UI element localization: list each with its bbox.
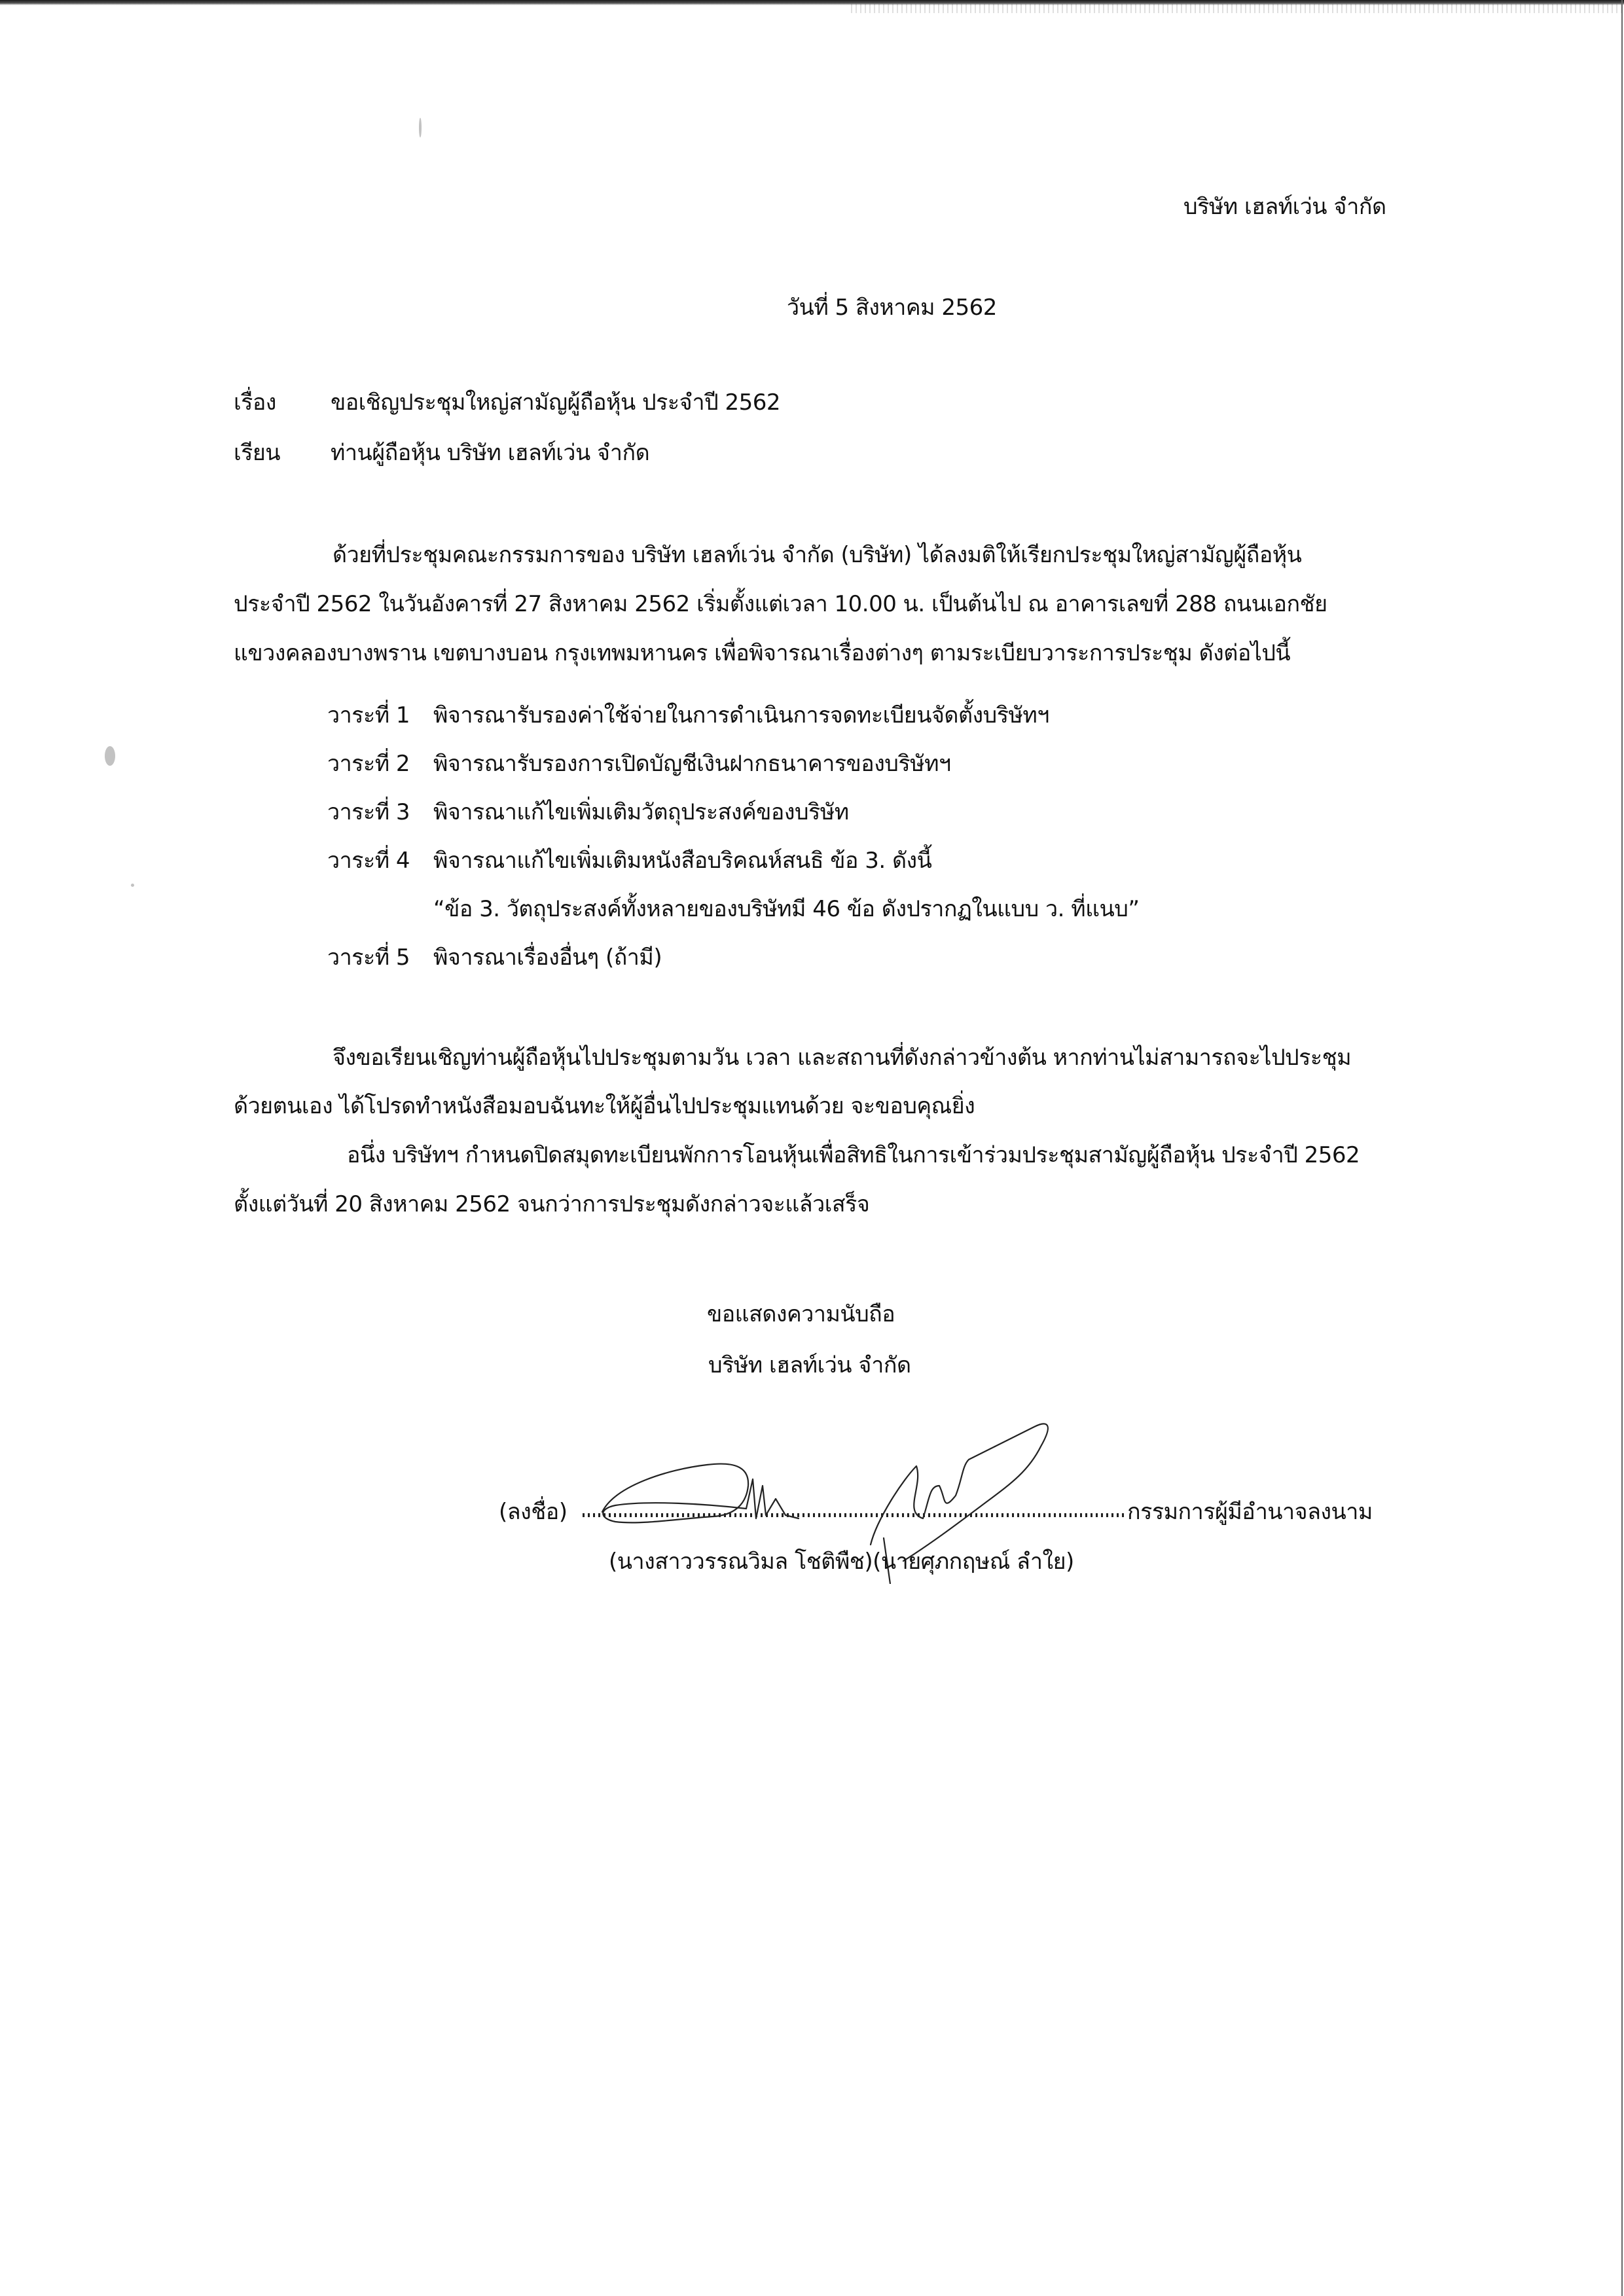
paragraph-3-line-2: ตั้งแต่วันที่ 20 สิงหาคม 2562 จนกว่าการป… xyxy=(234,1191,869,1218)
agenda-5-label: วาระที่ 5 xyxy=(327,944,410,971)
agenda-1-text: พิจารณารับรองค่าใช้จ่ายในการดำเนินการจดท… xyxy=(433,702,1049,729)
subject-label: เรื่อง xyxy=(234,389,276,416)
signature-dotted-line xyxy=(583,1513,1126,1517)
agenda-4-label: วาระที่ 4 xyxy=(327,848,410,874)
paragraph-2-line-2: ด้วยตนเอง ได้โปรดทำหนังสือมอบฉันทะให้ผู้… xyxy=(234,1093,975,1120)
agenda-2-text: พิจารณารับรองการเปิดบัญชีเงินฝากธนาคารขอ… xyxy=(433,751,951,778)
scan-speck xyxy=(105,746,115,766)
subject-text: ขอเชิญประชุมใหญ่สามัญผู้ถือหุ้น ประจำปี … xyxy=(331,389,780,416)
paragraph-3-line-1: อนึ่ง บริษัทฯ กำหนดปิดสมุดทะเบียนพักการโ… xyxy=(347,1142,1360,1169)
paragraph-1-line-2: ประจำปี 2562 ในวันอังคารที่ 27 สิงหาคม 2… xyxy=(234,591,1327,618)
scan-edge-right xyxy=(1621,0,1623,2296)
recipient-label: เรียน xyxy=(234,440,280,467)
agenda-4-text: พิจารณาแก้ไขเพิ่มเติมหนังสือบริคณห์สนธิ … xyxy=(433,848,931,874)
scan-speck xyxy=(131,884,134,887)
agenda-1-label: วาระที่ 1 xyxy=(327,702,410,729)
signatory-title: กรรมการผู้มีอำนาจลงนาม xyxy=(1127,1499,1373,1526)
agenda-5-text: พิจารณาเรื่องอื่นๆ (ถ้ามี) xyxy=(433,944,662,971)
sign-label: (ลงชื่อ) xyxy=(499,1499,567,1526)
agenda-4-quote: “ข้อ 3. วัตถุประสงค์ทั้งหลายของบริษัทมี … xyxy=(433,896,1140,923)
recipient-text: ท่านผู้ถือหุ้น บริษัท เฮลท์เว่น จำกัด xyxy=(331,440,649,467)
agenda-3-text: พิจารณาแก้ไขเพิ่มเติมวัตถุประสงค์ของบริษ… xyxy=(433,799,849,826)
paragraph-1-line-1: ด้วยที่ประชุมคณะกรรมการของ บริษัท เฮลท์เ… xyxy=(333,542,1301,569)
agenda-2-label: วาระที่ 2 xyxy=(327,751,410,778)
document-date: วันที่ 5 สิงหาคม 2562 xyxy=(787,295,997,321)
paragraph-2-line-1: จึงขอเรียนเชิญท่านผู้ถือหุ้นไปประชุมตามว… xyxy=(333,1045,1351,1071)
closing-company: บริษัท เฮลท์เว่น จำกัด xyxy=(708,1352,911,1379)
agenda-3-label: วาระที่ 3 xyxy=(327,799,410,826)
company-header: บริษัท เฮลท์เว่น จำกัด xyxy=(1183,194,1386,221)
paragraph-1-line-3: แขวงคลองบางพราน เขตบางบอน กรุงเทพมหานคร … xyxy=(234,640,1290,667)
scan-speck xyxy=(419,118,422,137)
closing-salutation: ขอแสดงความนับถือ xyxy=(707,1301,895,1328)
scan-noise-top xyxy=(851,4,1624,13)
signatory-names: (นางสาววรรณวิมล โชติพืช)(นายศุภกฤษณ์ ลำใ… xyxy=(609,1549,1074,1575)
